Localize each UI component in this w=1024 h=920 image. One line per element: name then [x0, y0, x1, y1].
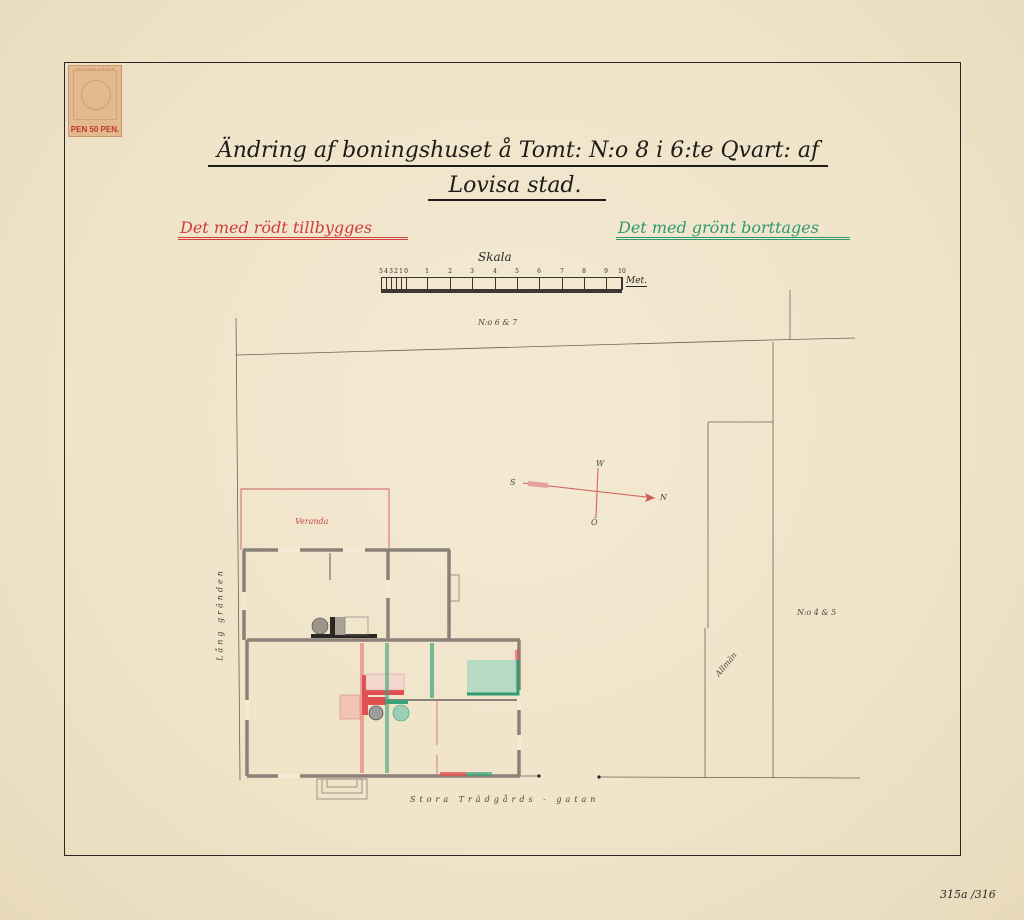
lot-east-label: N:o 4 & 5 — [797, 608, 836, 617]
lot-north-label: N:o 6 & 7 — [478, 318, 517, 327]
folio-number: 315a /316 — [940, 888, 996, 901]
compass-north-label: N — [660, 493, 667, 502]
compass-west-label: W — [596, 459, 604, 468]
site-plan-drawing — [0, 0, 1024, 920]
compass-rose — [523, 468, 655, 517]
street-west-label: Lång gränden — [216, 555, 225, 675]
entrance-steps — [317, 779, 367, 799]
compass-east-label: Ö — [591, 518, 598, 527]
street-south-label: Stora Trädgårds - gatan — [410, 795, 599, 804]
lot-lines — [236, 290, 860, 780]
upper-house-walls — [243, 550, 450, 640]
veranda-label: Veranda — [295, 517, 328, 526]
compass-south-label: S — [510, 478, 515, 487]
upper-windows — [244, 550, 388, 610]
